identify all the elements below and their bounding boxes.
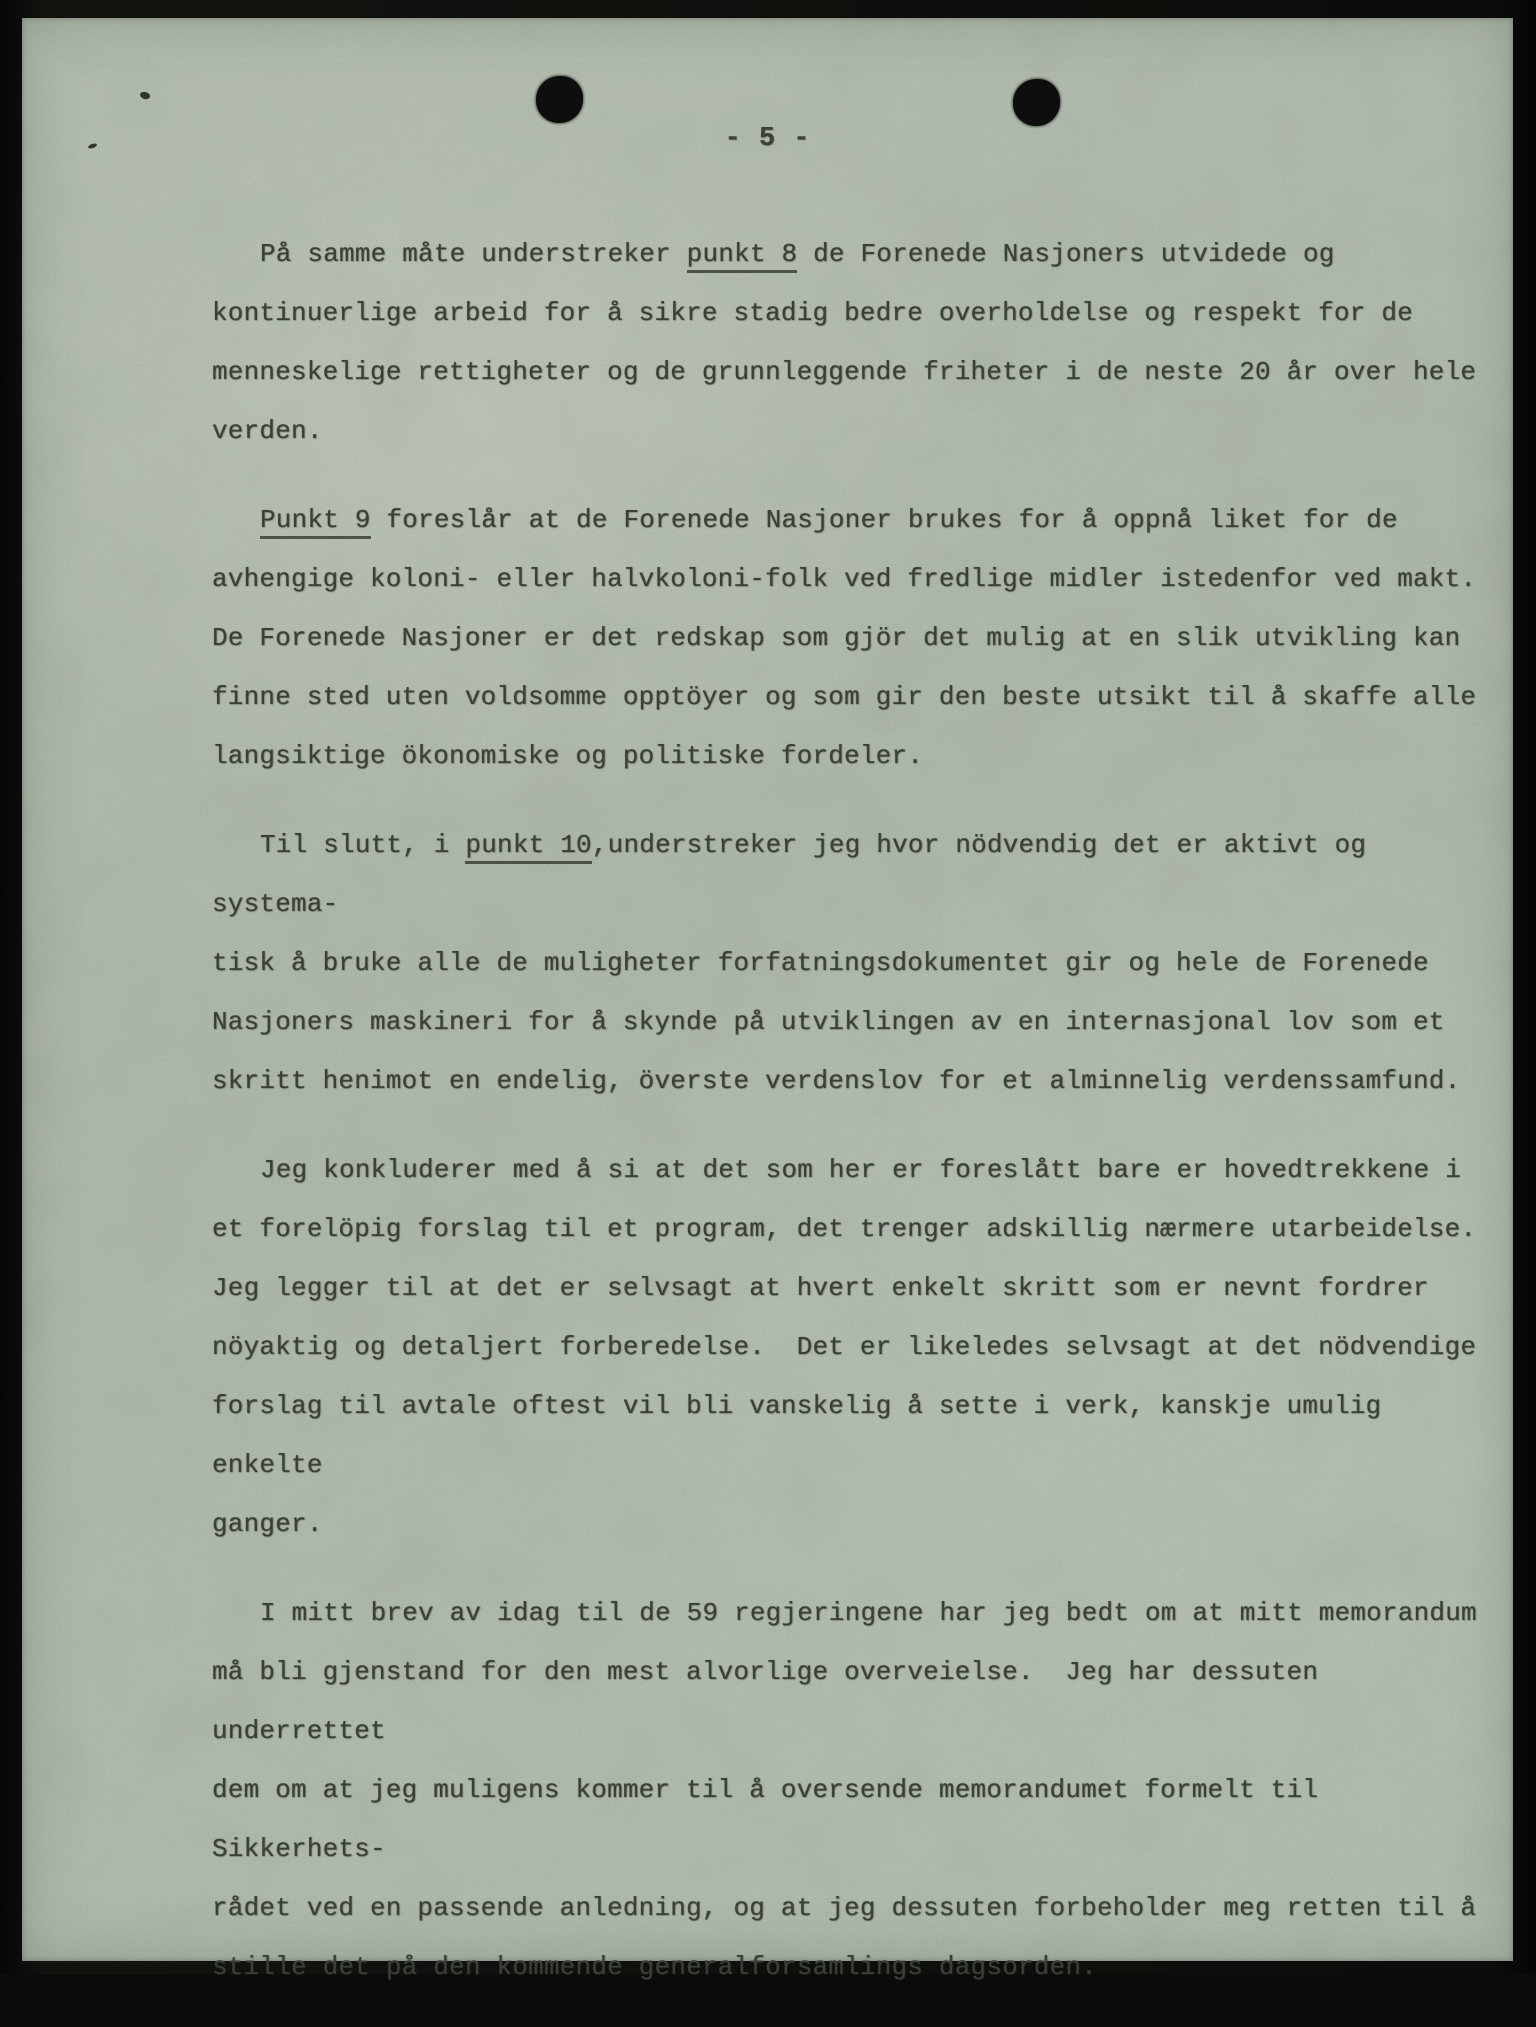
paragraph-text: Til slutt, i bbox=[260, 830, 465, 860]
punch-hole-left bbox=[536, 76, 583, 123]
paragraph-text: foreslår at de Forenede Nasjoner brukes … bbox=[212, 505, 1476, 771]
punch-hole-right bbox=[1013, 79, 1060, 126]
paragraph-letter: I mitt brev av idag til de 59 regjeringe… bbox=[212, 1584, 1492, 1974]
paragraph-text: de Forenede Nasjoners utvidede og kontin… bbox=[212, 239, 1476, 446]
page-number: - 5 - bbox=[22, 124, 1513, 154]
paragraph-text: Jeg konkluderer med å si at det som her … bbox=[212, 1155, 1476, 1539]
paragraph-text: I mitt brev av idag til de 59 regjeringe… bbox=[212, 1598, 1477, 1974]
paragraph-text: På samme måte understreker bbox=[260, 239, 687, 269]
paragraph-punkt-8: På samme måte understreker punkt 8 de Fo… bbox=[212, 225, 1492, 461]
paragraph-conclusion: Jeg konkluderer med å si at det som her … bbox=[212, 1141, 1492, 1554]
paragraph-punkt-10: Til slutt, i punkt 10,understreker jeg h… bbox=[212, 816, 1492, 1111]
underlined-phrase: punkt 8 bbox=[687, 239, 798, 273]
underlined-phrase: punkt 10 bbox=[465, 830, 591, 864]
underlined-phrase: Punkt 9 bbox=[260, 505, 371, 539]
document-body: På samme måte understreker punkt 8 de Fo… bbox=[212, 225, 1492, 1974]
paragraph-text: ,understreker jeg hvor nödvendig det er … bbox=[212, 830, 1460, 1096]
paragraph-punkt-9: Punkt 9 foreslår at de Forenede Nasjoner… bbox=[212, 491, 1492, 786]
scanned-document-page: - 5 - På samme måte understreker punkt 8… bbox=[22, 18, 1513, 1961]
paper-speck bbox=[139, 90, 151, 101]
